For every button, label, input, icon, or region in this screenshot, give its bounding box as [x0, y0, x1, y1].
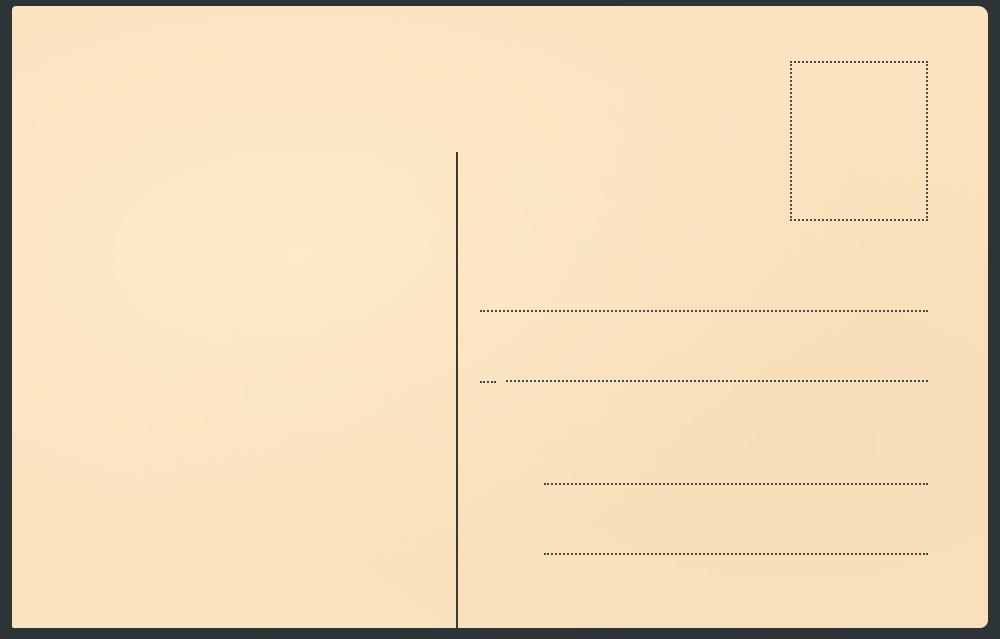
- address-line-4: [544, 553, 928, 555]
- postcard-back: [12, 6, 988, 628]
- address-line-3: [544, 483, 928, 485]
- stamp-box: [790, 61, 928, 221]
- address-line-2-lead-mark: [480, 381, 496, 383]
- address-line-1: [480, 310, 928, 312]
- message-area: [12, 6, 456, 628]
- center-divider: [456, 152, 458, 628]
- address-line-2: [506, 380, 928, 382]
